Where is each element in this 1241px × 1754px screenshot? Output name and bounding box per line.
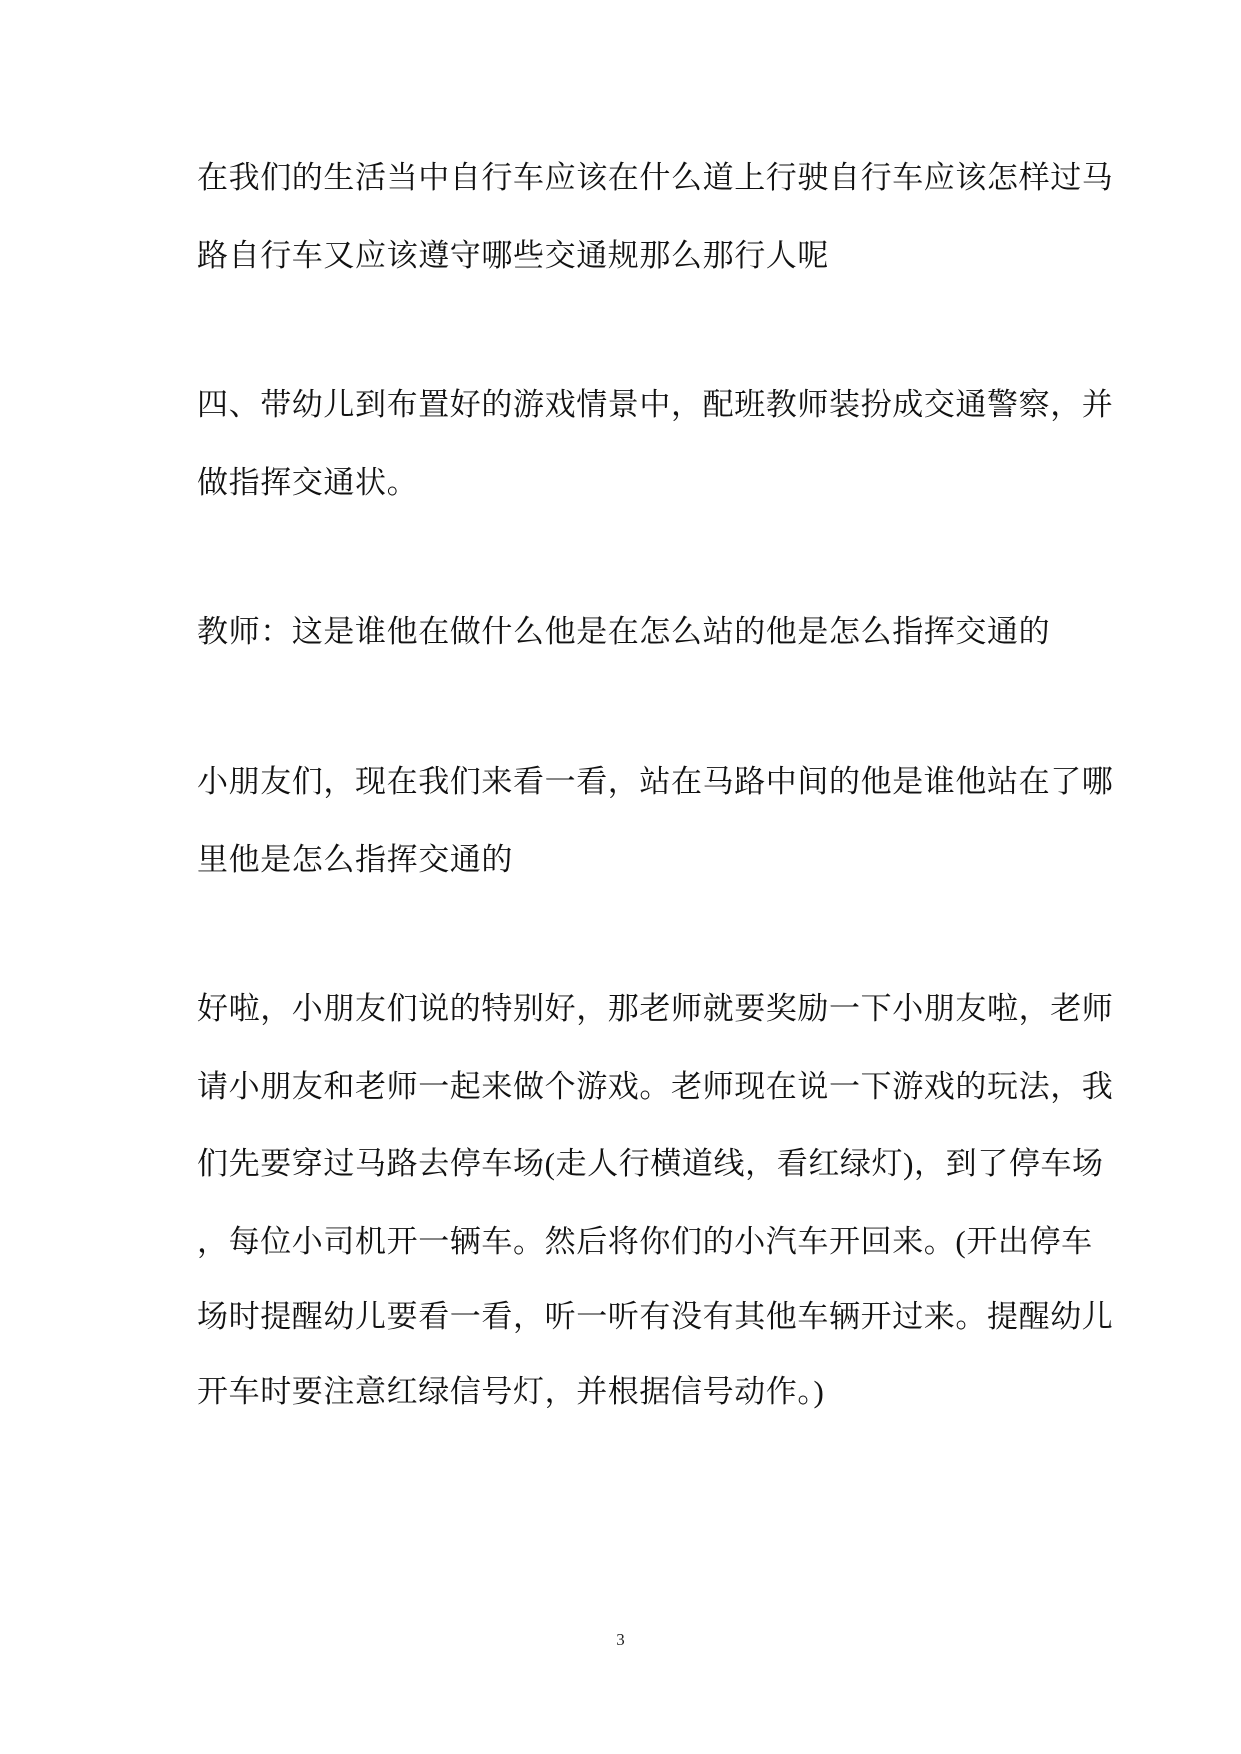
text-line: 们先要穿过马路去停车场(走人行横道线，看红绿灯)，到了停车场 [197, 1144, 1057, 1184]
text-line: 请小朋友和老师一起来做个游戏。老师现在说一下游戏的玩法，我 [197, 1067, 1057, 1107]
document-page: 在我们的生活当中自行车应该在什么道上行驶自行车应该怎样过马 路自行车又应该遵守哪… [0, 0, 1241, 1754]
text-line: 开车时要注意红绿信号灯，并根据信号动作。) [197, 1372, 1057, 1412]
text-line: ，每位小司机开一辆车。然后将你们的小汽车开回来。(开出停车 [197, 1222, 1057, 1262]
text-line: 四、带幼儿到布置好的游戏情景中，配班教师装扮成交通警察，并 [197, 385, 1057, 425]
text-line: 做指挥交通状。 [197, 463, 1057, 503]
text-line: 教师：这是谁他在做什么他是在怎么站的他是怎么指挥交通的 [197, 612, 1057, 652]
text-line: 路自行车又应该遵守哪些交通规那么那行人呢 [197, 236, 1057, 276]
text-line: 好啦，小朋友们说的特别好，那老师就要奖励一下小朋友啦，老师 [197, 989, 1057, 1029]
page-number: 3 [0, 1630, 1241, 1650]
text-line: 里他是怎么指挥交通的 [197, 840, 1057, 880]
text-line: 小朋友们，现在我们来看一看，站在马路中间的他是谁他站在了哪 [197, 762, 1057, 802]
text-line: 场时提醒幼儿要看一看，听一听有没有其他车辆开过来。提醒幼儿 [197, 1297, 1057, 1337]
text-line: 在我们的生活当中自行车应该在什么道上行驶自行车应该怎样过马 [197, 158, 1057, 198]
